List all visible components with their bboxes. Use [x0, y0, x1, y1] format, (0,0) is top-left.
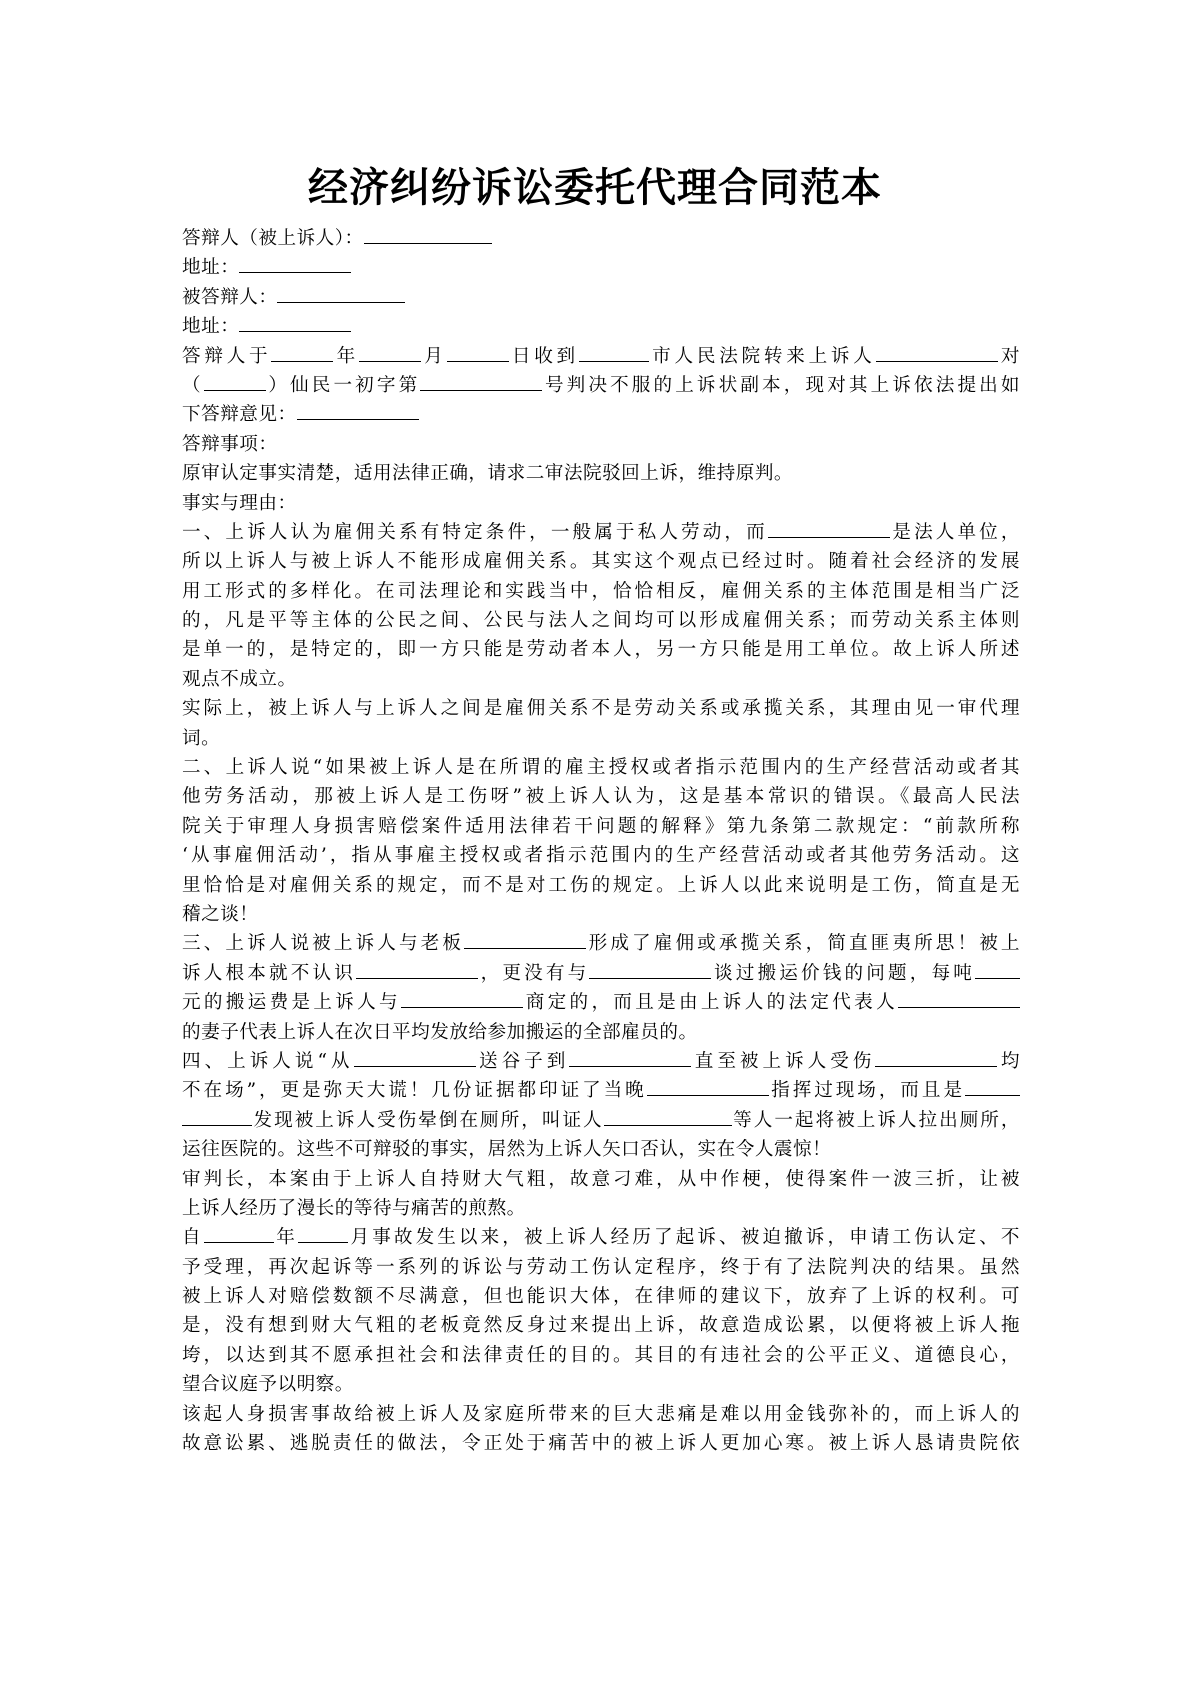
- blank[interactable]: [589, 960, 711, 979]
- opinion-blank[interactable]: [297, 401, 419, 420]
- paragraph-line: ‘从事雇佣活动’，指从事雇主授权或者指示范围内的生产经营活动或者其他劳务活动。这: [182, 841, 1020, 870]
- paragraph-line: 发现被上诉人受伤晕倒在厕所，叫证人等人一起将被上诉人拉出厕所，: [182, 1106, 1020, 1135]
- blank[interactable]: [647, 1077, 769, 1096]
- paragraph-line: 所以上诉人与被上诉人不能形成雇佣关系。其实这个观点已经过时。随着社会经济的发展: [182, 547, 1020, 576]
- paragraph-line: 答辩人于年月日收到市人民法院转来上诉人对: [182, 342, 1020, 371]
- paragraph-line: （）仙民一初字第号判决不服的上诉状副本，现对其上诉依法提出如: [182, 371, 1020, 400]
- document-page: 经济纠纷诉讼委托代理合同范本 答辩人（被上诉人）： 地址： 被答辩人： 地址： …: [0, 0, 1190, 1683]
- address-blank[interactable]: [239, 254, 351, 273]
- paragraph-line: 被上诉人对赔偿数额不尽满意，但也能识大体，在律师的建议下，放弃了上诉的权利。可: [182, 1282, 1020, 1311]
- paragraph-line: 审判长，本案由于上诉人自持财大气粗，故意刁难，从中作梗，使得案件一波三折，让被: [182, 1165, 1020, 1194]
- paragraph-line: 观点不成立。: [182, 665, 1020, 694]
- blank[interactable]: [898, 989, 1020, 1008]
- month-blank[interactable]: [359, 343, 421, 362]
- paragraph-line: 原审认定事实清楚，适用法律正确，请求二审法院驳回上诉，维持原判。: [182, 459, 1020, 488]
- year-blank[interactable]: [271, 343, 333, 362]
- price-blank[interactable]: [975, 960, 1020, 979]
- paragraph-line: 该起人身损害事故给被上诉人及家庭所带来的巨大悲痛是难以用金钱弥补的，而上诉人的: [182, 1400, 1020, 1429]
- paragraph-line: 自年月事故发生以来，被上诉人经历了起诉、被迫撤诉，申请工伤认定、不: [182, 1223, 1020, 1252]
- witness-blank[interactable]: [604, 1107, 732, 1126]
- paragraph-line: 元的搬运费是上诉人与商定的，而且是由上诉人的法定代表人: [182, 988, 1020, 1017]
- blank[interactable]: [182, 1107, 252, 1126]
- paragraph-line: 院关于审理人身损害赔偿案件适用法律若干问题的解释》第九条第二款规定：“前款所称: [182, 812, 1020, 841]
- paragraph-line: 四、上诉人说“从送谷子到直至被上诉人受伤均: [182, 1047, 1020, 1076]
- appellant-blank[interactable]: [277, 284, 405, 303]
- respondent-address-field: 地址：: [182, 253, 1020, 282]
- year-blank[interactable]: [204, 372, 266, 391]
- blank[interactable]: [401, 989, 523, 1008]
- paragraph-line: 是单一的，是特定的，即一方只能是劳动者本人，另一方只能是用工单位。故上诉人所述: [182, 635, 1020, 664]
- field-label: 地址：: [182, 316, 239, 337]
- blank[interactable]: [768, 519, 890, 538]
- address-blank[interactable]: [239, 313, 351, 332]
- year-blank[interactable]: [204, 1224, 274, 1243]
- document-title: 经济纠纷诉讼委托代理合同范本: [0, 160, 1190, 216]
- blank[interactable]: [875, 1048, 997, 1067]
- paragraph-line: 运往医院的。这些不可辩驳的事实，居然为上诉人矢口否认，实在令人震惊！: [182, 1135, 1020, 1164]
- paragraph-line: 里恰恰是对雇佣关系的规定，而不是对工伤的规定。上诉人以此来说明是工伤，简直是无: [182, 871, 1020, 900]
- paragraph-line: 的妻子代表上诉人在次日平均发放给参加搬运的全部雇员的。: [182, 1018, 1020, 1047]
- paragraph-line: 用工形式的多样化。在司法理论和实践当中，恰恰相反，雇佣关系的主体范围是相当广泛: [182, 577, 1020, 606]
- field-label: 被答辩人：: [182, 287, 277, 308]
- blank[interactable]: [356, 960, 478, 979]
- paragraph-line: 不在场”，更是弥天大谎！几份证据都印证了当晚指挥过现场，而且是: [182, 1076, 1020, 1105]
- blank[interactable]: [965, 1077, 1020, 1096]
- paragraph-line: 予受理，再次起诉等一系列的诉讼与劳动工伤认定程序，终于有了法院判决的结果。虽然: [182, 1253, 1020, 1282]
- appellant-blank[interactable]: [876, 343, 998, 362]
- blank[interactable]: [354, 1048, 476, 1067]
- field-label: 地址：: [182, 257, 239, 278]
- respondent-blank[interactable]: [364, 225, 492, 244]
- paragraph-line: 稽之谈！: [182, 900, 1020, 929]
- paragraph-line: 三、上诉人说被上诉人与老板形成了雇佣或承揽关系，简直匪夷所思！被上: [182, 929, 1020, 958]
- case-number-blank[interactable]: [420, 372, 542, 391]
- paragraph-line: 一、上诉人认为雇佣关系有特定条件，一般属于私人劳动，而是法人单位，: [182, 518, 1020, 547]
- blank[interactable]: [569, 1048, 691, 1067]
- paragraph-line: 垮，以达到其不愿承担社会和法律责任的目的。其目的有违社会的公平正义、道德良心，: [182, 1341, 1020, 1370]
- appellant-field: 被答辩人：: [182, 283, 1020, 312]
- paragraph-line: 是，没有想到财大气粗的老板竟然反身过来提出上诉，故意造成讼累，以便将被上诉人拖: [182, 1311, 1020, 1340]
- city-blank[interactable]: [579, 343, 649, 362]
- paragraph-line: 的，凡是平等主体的公民之间、公民与法人之间均可以形成雇佣关系；而劳动关系主体则: [182, 606, 1020, 635]
- month-blank[interactable]: [298, 1224, 348, 1243]
- paragraph-line: 词。: [182, 724, 1020, 753]
- respondent-field: 答辩人（被上诉人）：: [182, 224, 1020, 253]
- paragraph-line: 下答辩意见：: [182, 400, 1020, 429]
- paragraph-line: 二、上诉人说“如果被上诉人是在所谓的雇主授权或者指示范围内的生产经营活动或者其: [182, 753, 1020, 782]
- section-heading: 答辩事项：: [182, 430, 1020, 459]
- field-label: 答辩人（被上诉人）：: [182, 228, 364, 249]
- document-body: 答辩人（被上诉人）： 地址： 被答辩人： 地址： 答辩人于年月日收到市人民法院转…: [182, 224, 1020, 1458]
- paragraph-line: 诉人根本就不认识，更没有与谈过搬运价钱的问题，每吨: [182, 959, 1020, 988]
- paragraph-line: 他劳务活动，那被上诉人是工伤呀”被上诉人认为，这是基本常识的错误。《最高人民法: [182, 782, 1020, 811]
- blank[interactable]: [464, 930, 586, 949]
- section-heading: 事实与理由：: [182, 489, 1020, 518]
- appellant-address-field: 地址：: [182, 312, 1020, 341]
- paragraph-line: 望合议庭予以明察。: [182, 1370, 1020, 1399]
- day-blank[interactable]: [447, 343, 509, 362]
- paragraph-line: 上诉人经历了漫长的等待与痛苦的煎熬。: [182, 1194, 1020, 1223]
- paragraph-line: 实际上，被上诉人与上诉人之间是雇佣关系不是劳动关系或承揽关系，其理由见一审代理: [182, 694, 1020, 723]
- paragraph-line: 故意讼累、逃脱责任的做法，令正处于痛苦中的被上诉人更加心寒。被上诉人恳请贵院依: [182, 1429, 1020, 1458]
